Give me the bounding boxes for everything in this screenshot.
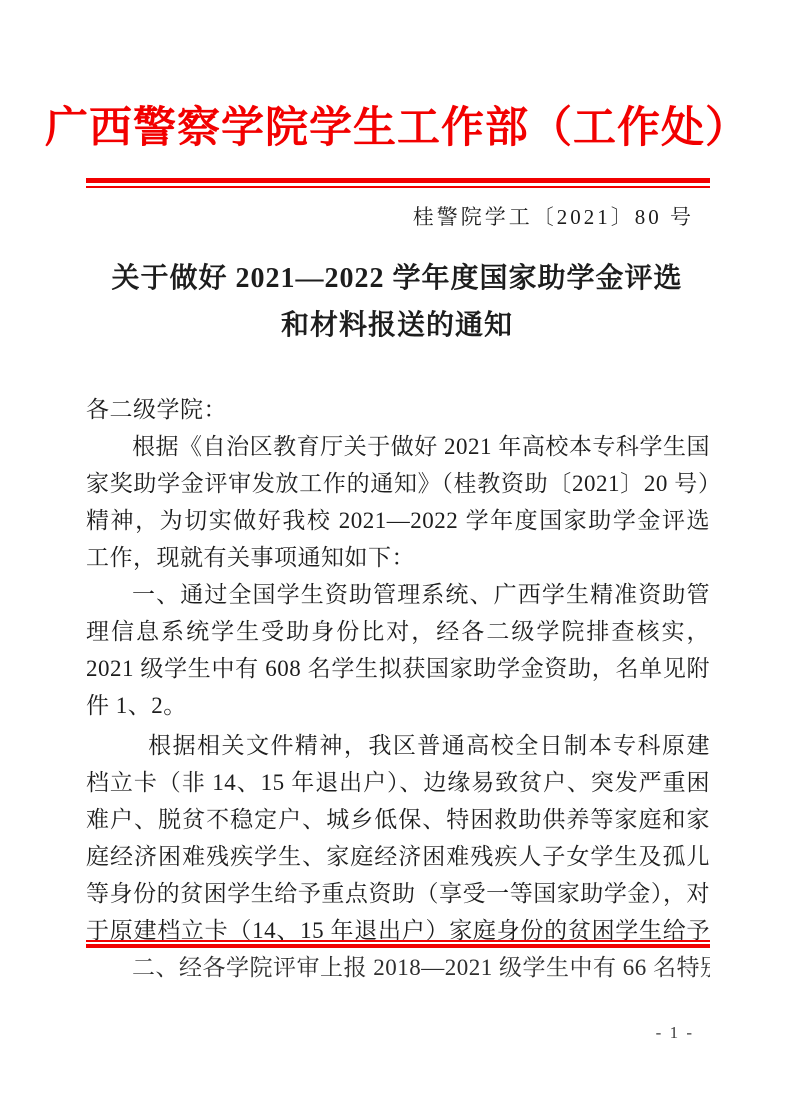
paragraph-policy-detail: 根据相关文件精神，我区普通高校全日制本专科原建档立卡（非 14、15 年退出户）… <box>86 727 710 948</box>
paragraph-item-one: 一、通过全国学生资助管理系统、广西学生精准资助管理信息系统学生受助身份比对，经各… <box>86 576 710 724</box>
masthead-divider-thin-line <box>86 186 710 188</box>
salutation: 各二级学院： <box>86 391 710 428</box>
notice-body: 各二级学院： 根据《自治区教育厅关于做好 2021 年高校本专科学生国家奖助学金… <box>86 391 710 948</box>
notice-title: 关于做好 2021—2022 学年度国家助学金评选 和材料报送的通知 <box>0 255 794 349</box>
document-number: 桂警院学工〔2021〕80 号 <box>0 202 794 232</box>
masthead-divider <box>86 178 710 188</box>
document-page: 广西警察学院学生工作部（工作处） 桂警院学工〔2021〕80 号 关于做好 20… <box>0 0 794 1108</box>
page-number: - 1 - <box>656 1023 694 1043</box>
paragraph-item-two-cutoff: 二、经各学院评审上报 2018—2021 级学生中有 66 名特别困 <box>86 949 710 986</box>
paragraph-basis: 根据《自治区教育厅关于做好 2021 年高校本专科学生国家奖助学金评审发放工作的… <box>86 428 710 576</box>
masthead-title: 广西警察学院学生工作部（工作处） <box>0 0 794 158</box>
footer-divider <box>86 940 710 948</box>
notice-title-line-1: 关于做好 2021—2022 学年度国家助学金评选 <box>0 255 794 302</box>
footer-divider-thick-line <box>86 944 710 948</box>
notice-title-line-2: 和材料报送的通知 <box>0 302 794 349</box>
